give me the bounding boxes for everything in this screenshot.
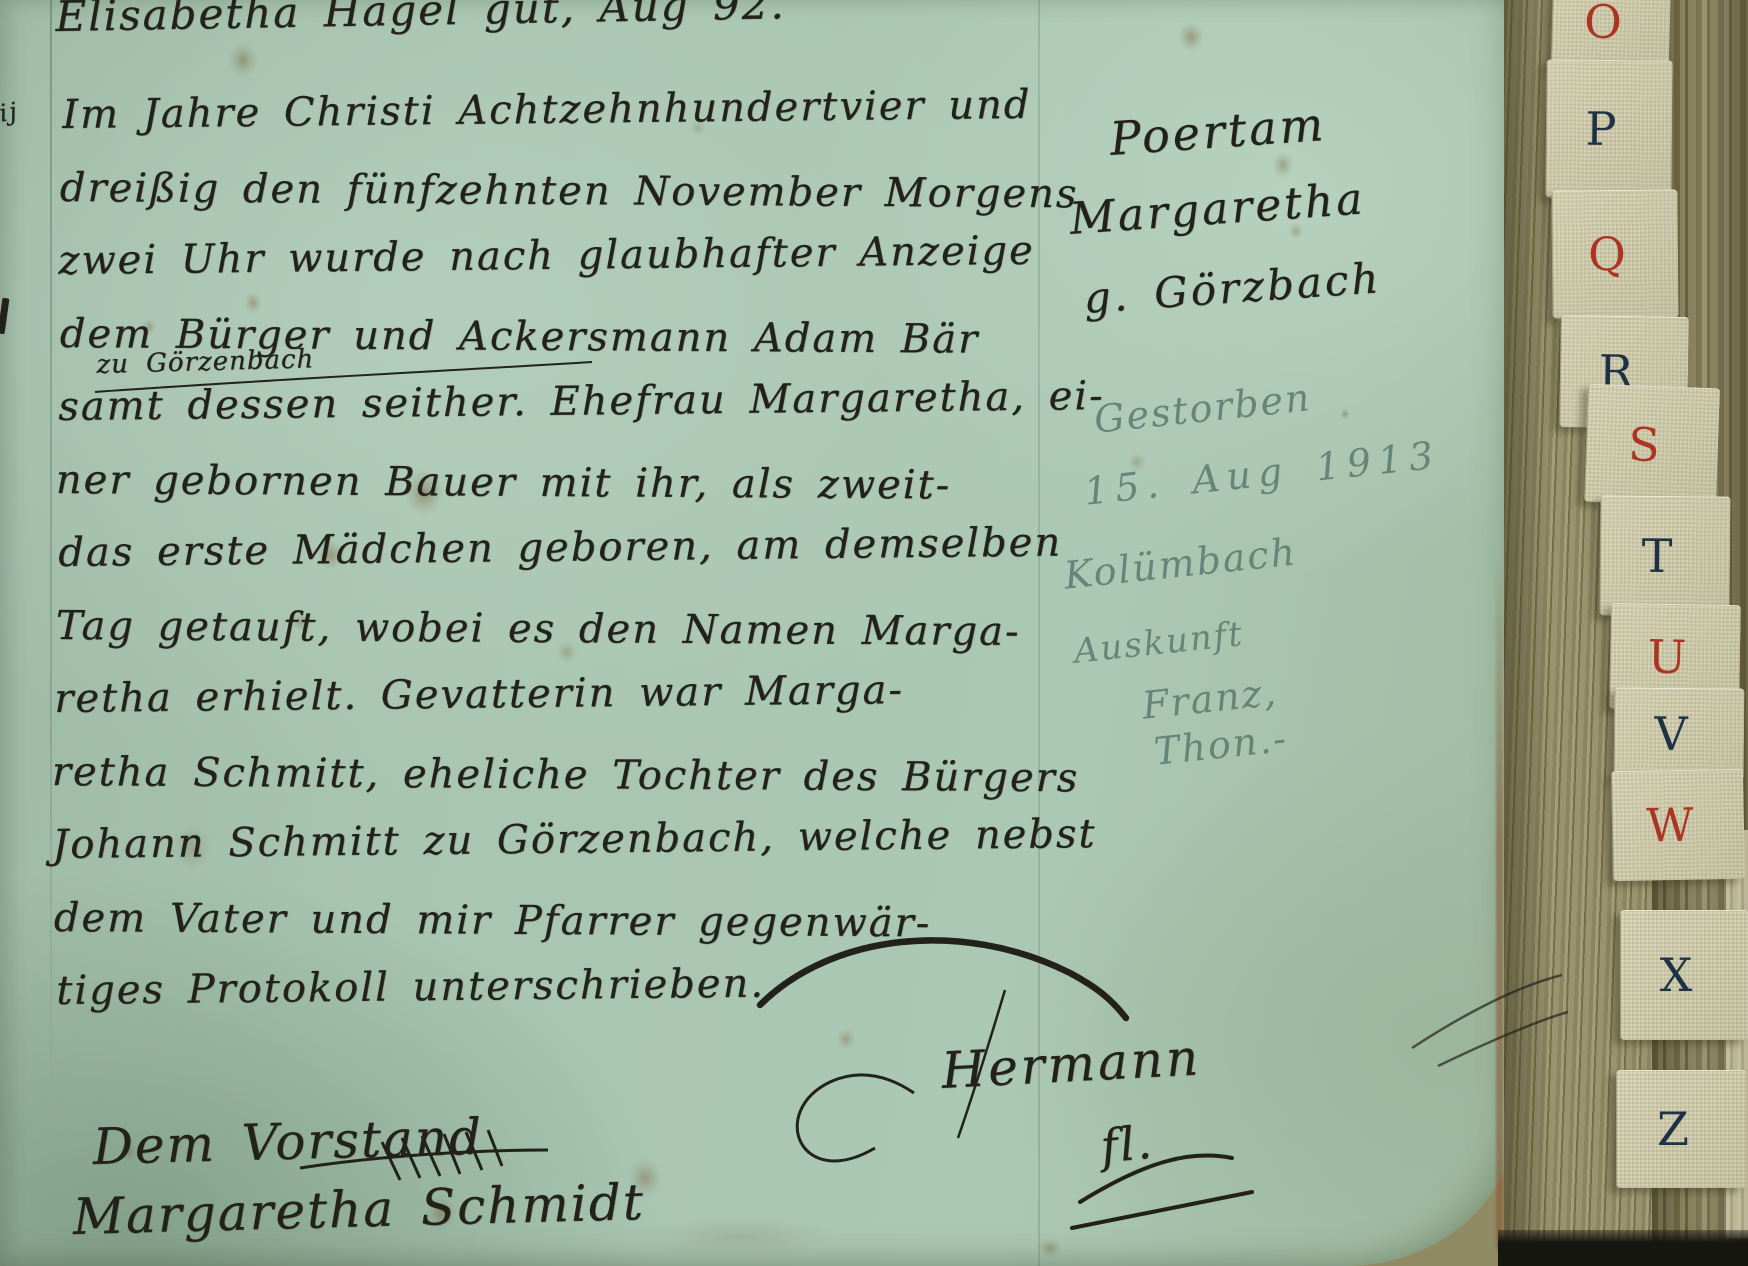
page-stack-streak [1496, 560, 1503, 1250]
entry-line: ner gebornen Bauer mit ihr, als zweit- [56, 457, 952, 508]
entry-line: tiges Protokoll unterschrieben. [56, 961, 765, 1014]
index-tab-S: S [1584, 384, 1720, 507]
entry-line: dreißig den fünfzehnten November Morgens [60, 165, 1079, 217]
index-tab-V: V [1614, 687, 1745, 780]
index-tab-Q: Q [1551, 189, 1678, 318]
register-book-photo: O P Q R S T U V W X Z Elisabetha Hagel g… [0, 0, 1748, 1266]
stain [836, 1028, 856, 1050]
index-tab-T: T [1599, 495, 1730, 616]
stain [1178, 22, 1204, 52]
ruled-margin-line [50, 0, 52, 1100]
stain [244, 292, 262, 314]
tab-letter: U [1647, 630, 1687, 685]
index-tab-Z: Z [1616, 1070, 1746, 1188]
entry-line: Tag getauft, wobei es den Namen Marga- [56, 603, 1021, 655]
footer-note-line: Dem Vorstand [92, 1108, 484, 1176]
tab-letter: P [1585, 102, 1616, 156]
table-shadow-strip [1498, 1230, 1748, 1266]
tab-letter: Q [1588, 227, 1626, 281]
tab-letter: X [1660, 948, 1693, 1002]
index-tab-P: P [1545, 59, 1672, 198]
tab-letter: Z [1657, 1102, 1689, 1156]
stain [1272, 152, 1294, 178]
entry-line: dem Vater und mir Pfarrer gegenwär- [54, 895, 932, 946]
tab-letter: W [1646, 798, 1694, 853]
stain [228, 42, 258, 78]
entry-line: retha Schmitt, eheliche Tochter des Bürg… [52, 749, 1080, 801]
index-tab-X: X [1620, 910, 1748, 1040]
signature-paraph: fl. [1098, 1115, 1156, 1174]
stain [640, 1214, 840, 1260]
entry-line: retha erhielt. Gevatterin war Marga- [54, 667, 904, 722]
interlinear-insertion: zu Görzenbach [96, 344, 315, 380]
stain [1340, 408, 1350, 420]
tab-letter: S [1627, 417, 1660, 472]
tab-letter: V [1654, 707, 1688, 761]
index-tab-W: W [1611, 769, 1745, 881]
stain [1038, 1238, 1062, 1258]
tab-letter: T [1641, 529, 1672, 583]
tab-letter: O [1583, 0, 1622, 49]
